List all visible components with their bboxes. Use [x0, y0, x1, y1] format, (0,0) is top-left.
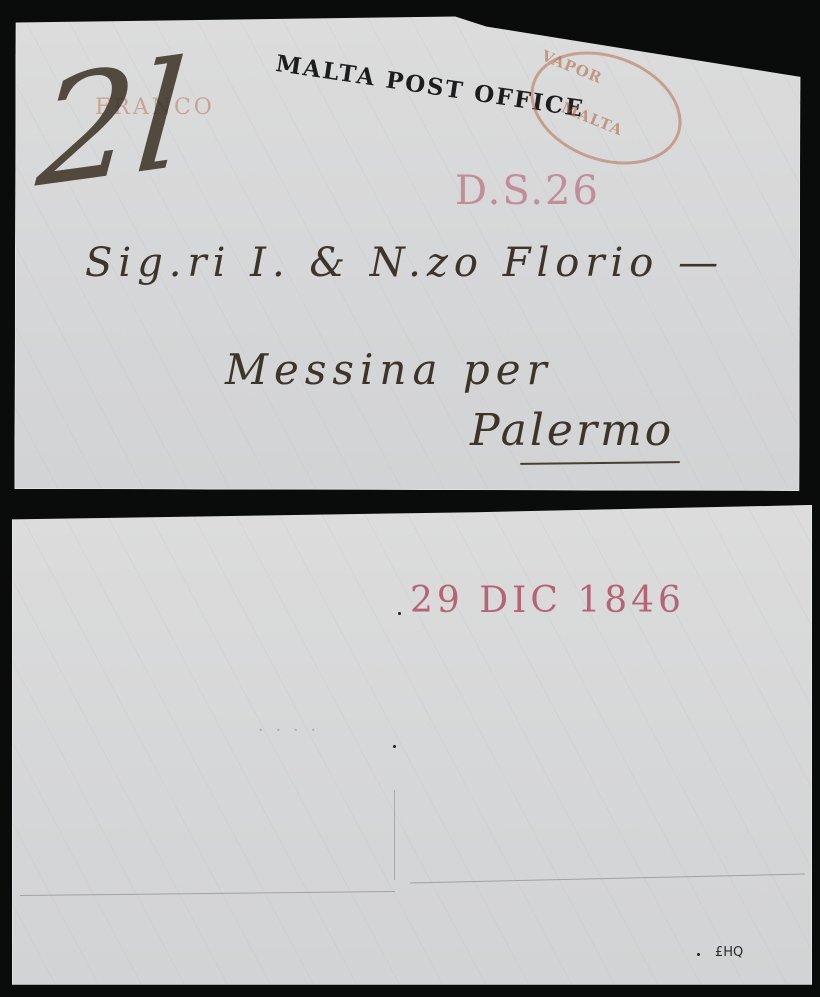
ink-dot: [697, 953, 700, 956]
faint-red-marking: · · · ·: [258, 720, 319, 741]
address-line-2: Messina per: [225, 345, 553, 394]
address-line-3: Palermo: [470, 405, 674, 456]
cover-back: [12, 505, 812, 985]
bottom-edge: [12, 984, 812, 985]
red-datestamp-back: 29 DIC 1846: [410, 580, 685, 621]
address-line-1: Sig.ri I. & N.zo Florio —: [85, 240, 724, 286]
flap-edge: [394, 790, 395, 880]
reference-mark: £HQ: [715, 945, 743, 960]
manuscript-rate-mark: 2l: [33, 41, 190, 210]
red-datestamp-front: D.S.26: [455, 168, 600, 214]
ink-dot: [393, 745, 396, 748]
ink-dot: [398, 612, 401, 615]
